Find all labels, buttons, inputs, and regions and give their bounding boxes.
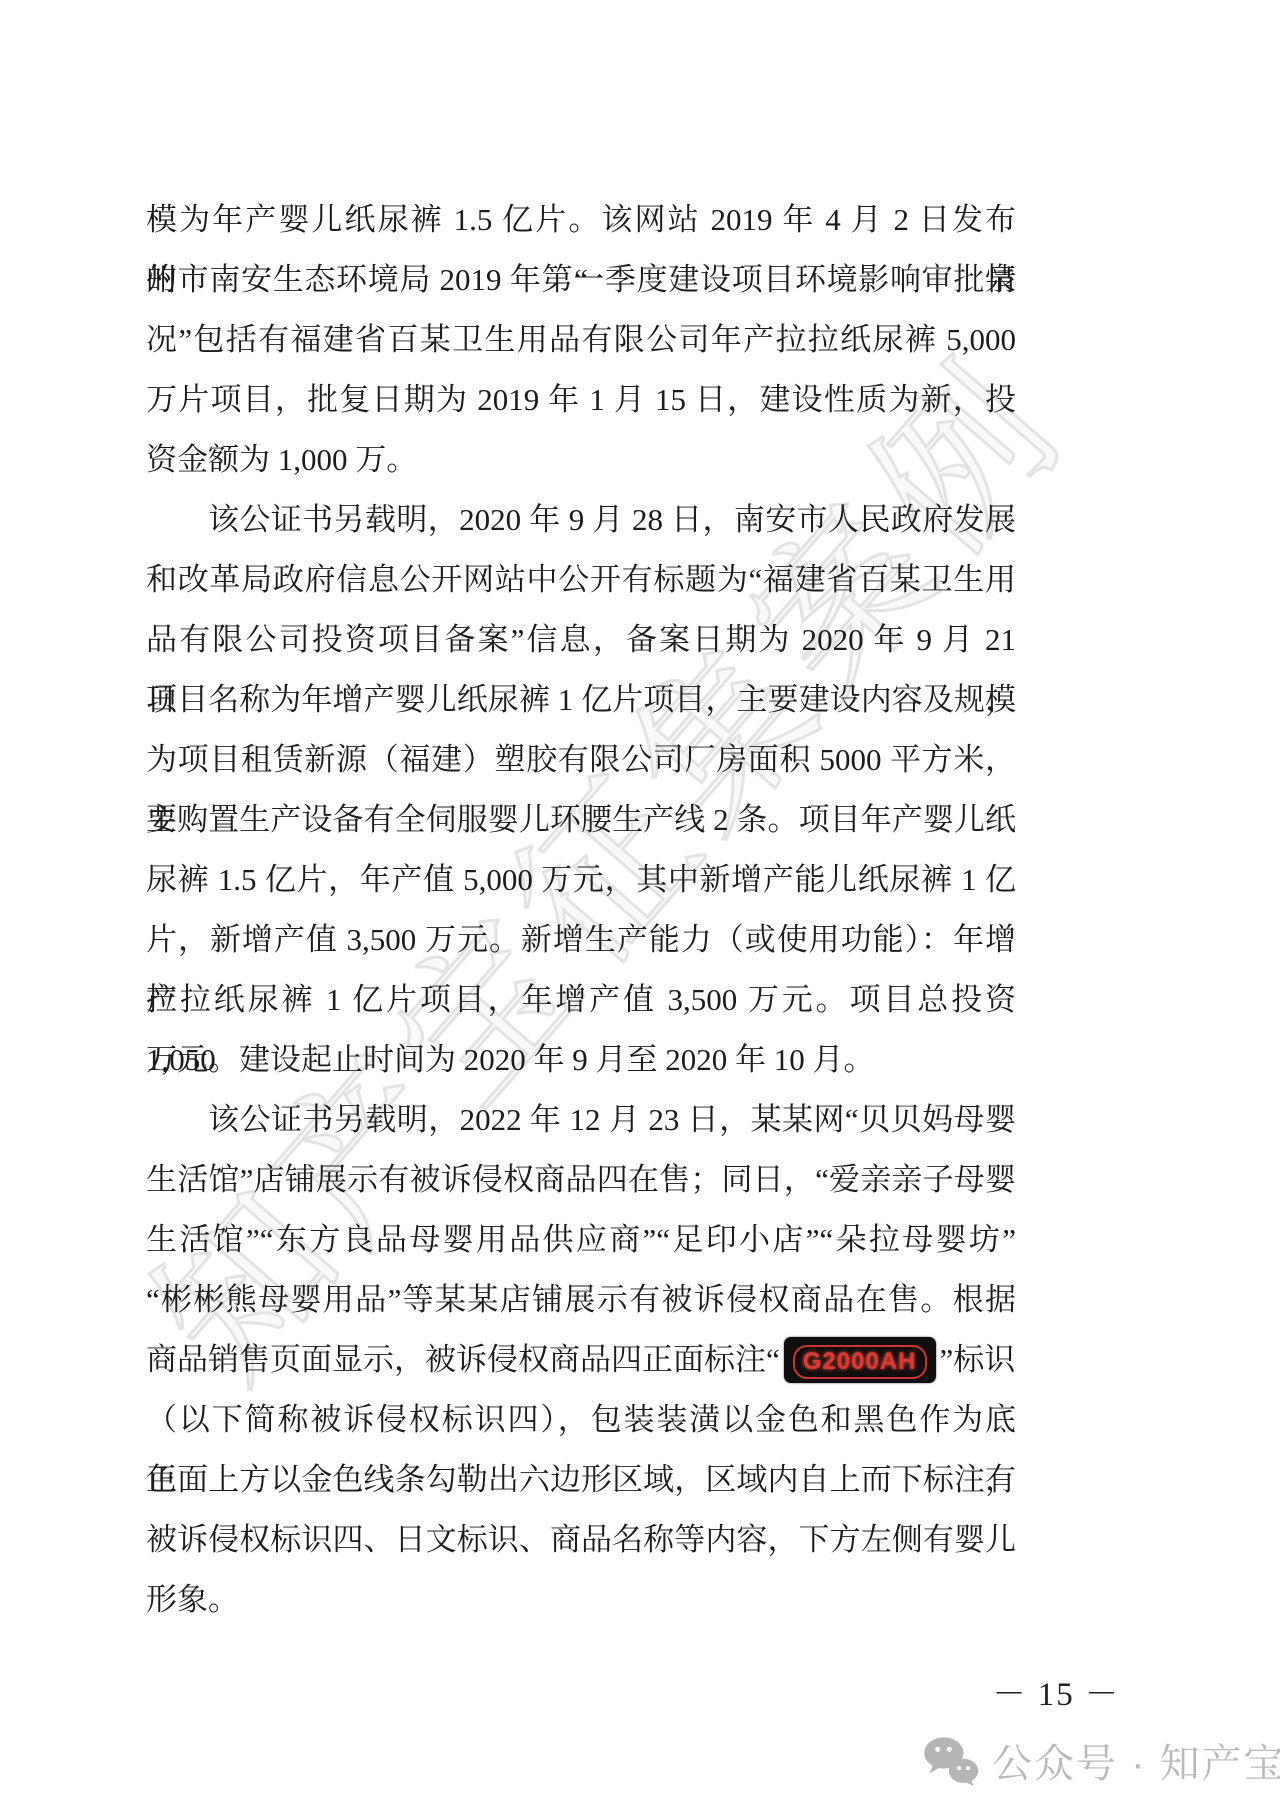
text-line: 拉拉纸尿裤 1 亿片项目，年增产值 3,500 万元。项目总投资 1,050 [146, 970, 1016, 1030]
text-line: 被诉侵权标识四、日文标识、商品名称等内容，下方左侧有婴儿 [146, 1510, 1016, 1570]
text-line: 况”包括有福建省百某卫生用品有限公司年产拉拉纸尿裤 5,000 [146, 310, 1016, 370]
text-line: 品有限公司投资项目备案”信息，备案日期为 2020 年 9 月 21 日， [146, 610, 1016, 670]
text-line: 该公证书另载明，2020 年 9 月 28 日，南安市人民政府发展 [146, 490, 1016, 550]
text-line: 州市南安生态环境局 2019 年第一季度建设项目环境影响审批情 [146, 250, 1016, 310]
text-line: 项目名称为年增产婴儿纸尿裤 1 亿片项目，主要建设内容及规模 [146, 670, 1016, 730]
text-line: 和改革局政府信息公开网站中公开有标题为“福建省百某卫生用 [146, 550, 1016, 610]
text-line: （以下简称被诉侵权标识四），包装装潢以金色和黑色作为底色， [146, 1390, 1016, 1450]
footer-label: 公众号 · 知产宝 [992, 1732, 1280, 1789]
text-line: 模为年产婴儿纸尿裤 1.5 亿片。该网站 2019 年 4 月 2 日发布的“泉 [146, 190, 1016, 250]
text-line: 万片项目，批复日期为 2019 年 1 月 15 日，建设性质为新，投 [146, 370, 1016, 430]
text-line: 正面上方以金色线条勾勒出六边形区域，区域内自上而下标注有 [146, 1450, 1016, 1510]
document-page: 知产宝征集案例 模为年产婴儿纸尿裤 1.5 亿片。该网站 2019 年 4 月 … [0, 0, 1280, 1810]
text-line: 尿裤 1.5 亿片，年产值 5,000 万元，其中新增产能儿纸尿裤 1 亿 [146, 850, 1016, 910]
text-line: 该公证书另载明，2022 年 12 月 23 日，某某网“贝贝妈母婴 [146, 1090, 1016, 1150]
footer: 公众号 · 知产宝 [922, 1732, 1280, 1789]
page-number: － 15 － [993, 1668, 1121, 1715]
text-line: 为项目租赁新源（福建）塑胶有限公司厂房面积 5000 平方米，主 [146, 730, 1016, 790]
g2000ah-trademark-image: G2000AH [784, 1337, 936, 1383]
text-line: 形象。 [146, 1570, 1016, 1630]
text-line: 片，新增产值 3,500 万元。新增生产能力（或使用功能）：年增产 [146, 910, 1016, 970]
text-line: 生活馆”“东方良品母婴用品供应商”“足印小店”“朵拉母婴坊” [146, 1210, 1016, 1270]
text-line: 资金额为 1,000 万。 [146, 430, 1016, 490]
text-line: 生活馆”店铺展示有被诉侵权商品四在售；同日，“爱亲亲子母婴 [146, 1150, 1016, 1210]
text-line: 万元。建设起止时间为 2020 年 9 月至 2020 年 10 月。 [146, 1030, 1016, 1090]
wechat-icon [922, 1736, 980, 1786]
g2000ah-trademark-label: G2000AH [793, 1345, 927, 1379]
text-line: 商品销售页面显示，被诉侵权商品四正面标注“G2000AH”标识 [146, 1330, 1016, 1390]
text-line: 要购置生产设备有全伺服婴儿环腰生产线 2 条。项目年产婴儿纸 [146, 790, 1016, 850]
document-text: 模为年产婴儿纸尿裤 1.5 亿片。该网站 2019 年 4 月 2 日发布的“泉… [146, 190, 1016, 1630]
text-line: “彬彬熊母婴用品”等某某店铺展示有被诉侵权商品在售。根据 [146, 1270, 1016, 1330]
